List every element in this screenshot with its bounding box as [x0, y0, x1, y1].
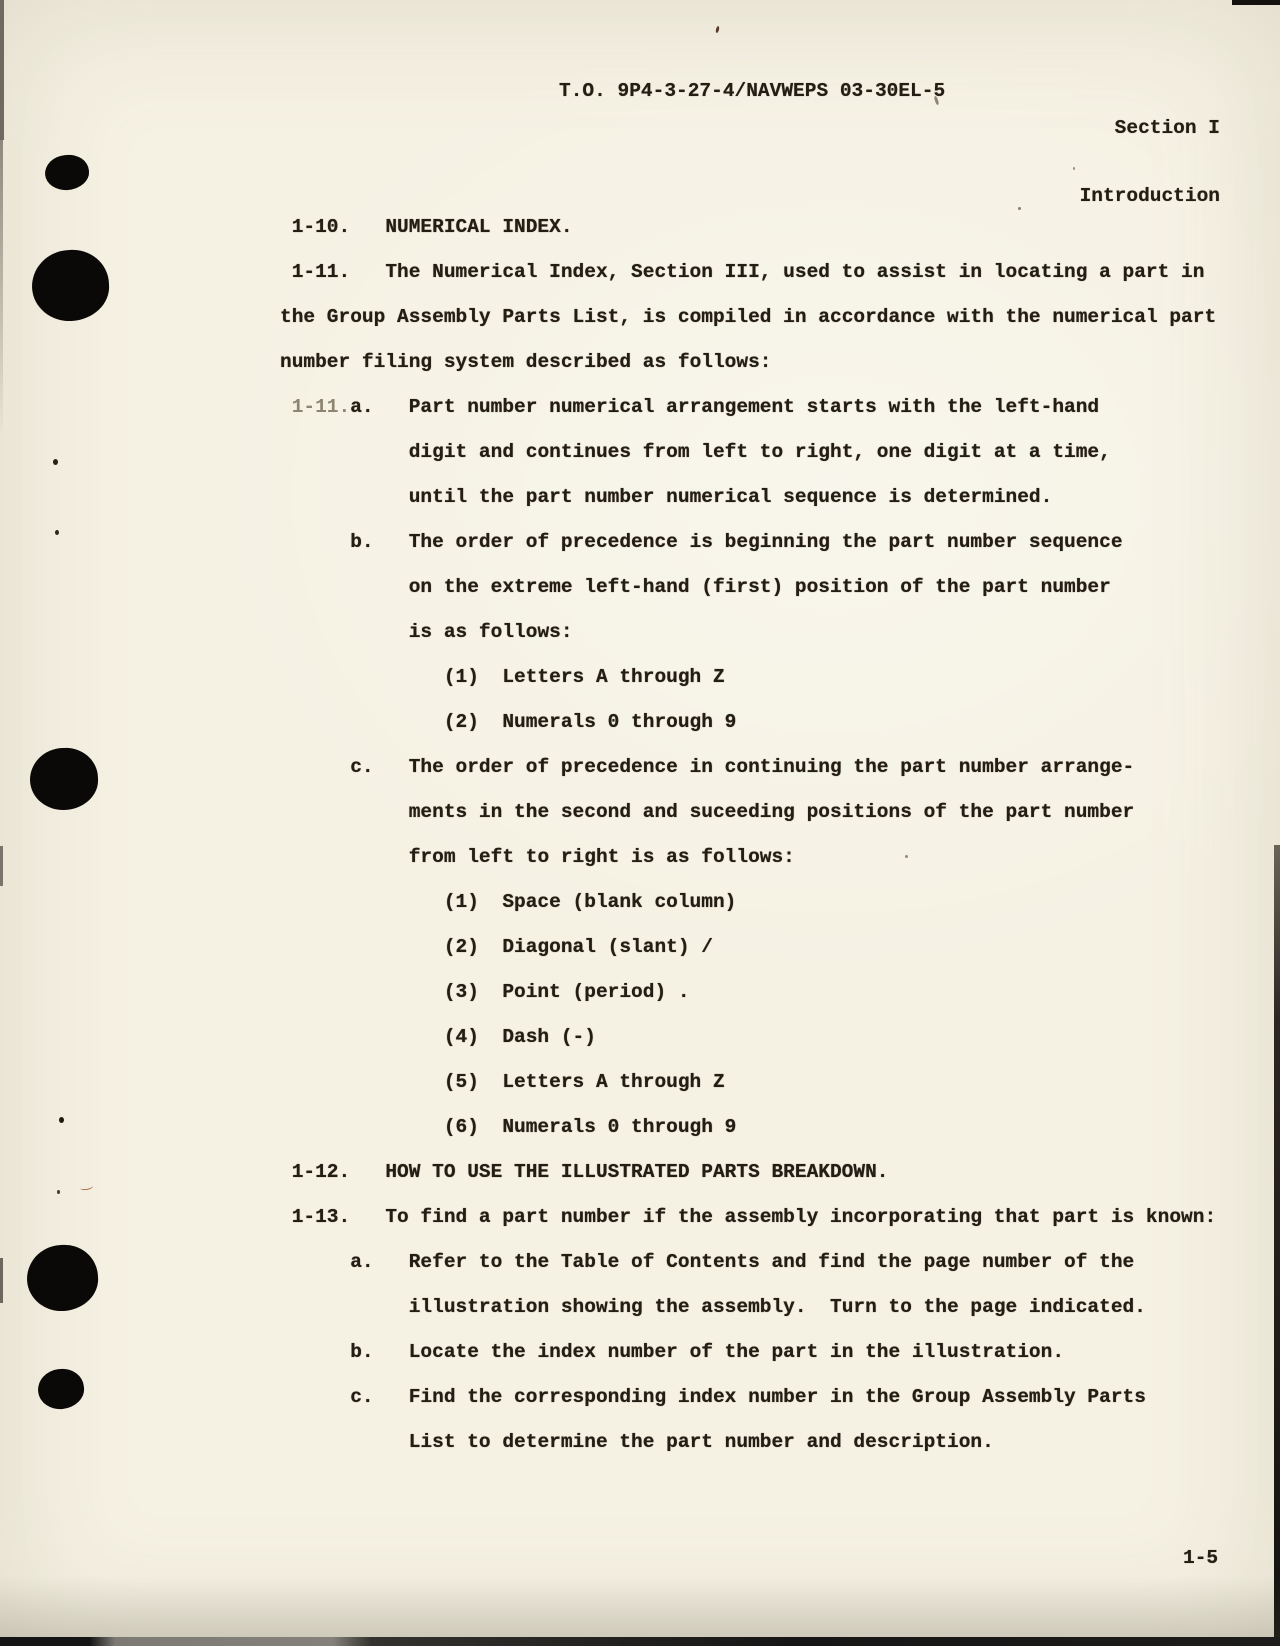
subitem-line: c. The order of precedence in continuing…: [280, 745, 1260, 790]
subitem-line: 1-11. a. Part number numerical arrangeme…: [280, 385, 1260, 430]
scan-edge-left-fade: [0, 140, 3, 440]
sublist-text: Dash (-): [502, 1015, 596, 1060]
subitem-text: Find the corresponding index number in t…: [409, 1375, 1146, 1420]
paragraph-line: the Group Assembly Parts List, is compil…: [280, 295, 1260, 340]
sublist-line: (6) Numerals 0 through 9: [280, 1105, 1260, 1150]
scan-bottom-shadow: [0, 1576, 1280, 1638]
sublist-text: Numerals 0 through 9: [502, 700, 736, 745]
punch-hole-mark: [44, 153, 91, 192]
subitem-text: from left to right is as follows:: [409, 835, 795, 880]
sublist-line: (2) Diagonal (slant) /: [280, 925, 1260, 970]
sublist-marker: (5): [444, 1060, 479, 1105]
header-tech-order: T.O. 9P4-3-27-4/NAVWEPS 03-30EL-5: [559, 80, 945, 102]
ink-speck: [53, 459, 58, 465]
paragraph-line: 1-11. The Numerical Index, Section III, …: [280, 250, 1260, 295]
sublist-text: Point (period) .: [502, 970, 689, 1015]
subitem-letter: a.: [350, 385, 373, 430]
paragraph-text: number filing system described as follow…: [280, 340, 771, 385]
subitem-text: Locate the index number of the part in t…: [409, 1330, 1064, 1375]
sublist-line: (3) Point (period) .: [280, 970, 1260, 1015]
sublist-text: Diagonal (slant) /: [502, 925, 713, 970]
paragraph-number: 1-13.: [292, 1195, 351, 1240]
paragraph-number: 1-10.: [292, 205, 351, 250]
ghost-paragraph-prefix: 1-11.: [292, 385, 351, 430]
sublist-text: Numerals 0 through 9: [502, 1105, 736, 1150]
scan-edge-left-nick: [0, 1258, 3, 1303]
subitem-line: b. Locate the index number of the part i…: [280, 1330, 1260, 1375]
subitem-text: Part number numerical arrangement starts…: [409, 385, 1099, 430]
punch-hole-mark: [30, 248, 111, 323]
sublist-marker: (2): [444, 925, 479, 970]
subitem-line: b. The order of precedence is beginning …: [280, 520, 1260, 565]
sublist-line: (4) Dash (-): [280, 1015, 1260, 1060]
sublist-text: Letters A through Z: [502, 1060, 724, 1105]
subitem-line: c. Find the corresponding index number i…: [280, 1375, 1260, 1420]
paragraph-number: 1-12.: [292, 1150, 351, 1195]
sublist-line: (1) Space (blank column): [280, 880, 1260, 925]
ink-speck: [57, 1190, 60, 1194]
subitem-line: digit and continues from left to right, …: [280, 430, 1260, 475]
subitem-line: List to determine the part number and de…: [280, 1420, 1260, 1465]
scan-bottom-bar: [0, 1637, 1280, 1646]
subitem-text: digit and continues from left to right, …: [409, 430, 1111, 475]
subitem-text: The order of precedence is beginning the…: [409, 520, 1123, 565]
sublist-marker: (1): [444, 880, 479, 925]
document-body: 1-10. NUMERICAL INDEX. 1-11. The Numeric…: [280, 205, 1260, 1465]
subitem-line: from left to right is as follows:: [280, 835, 1260, 880]
subitem-letter: a.: [350, 1240, 373, 1285]
scan-edge-left-nick: [0, 846, 3, 886]
header-section: Section I: [1060, 117, 1220, 140]
subitem-letter: c.: [350, 745, 373, 790]
header-section-subtitle: Introduction: [1060, 185, 1220, 208]
ink-speck: [715, 26, 720, 34]
page-number: 1-5: [1183, 1547, 1218, 1569]
scan-edge-top-right: [1232, 0, 1280, 5]
heading-line-1-12: 1-12. HOW TO USE THE ILLUSTRATED PARTS B…: [280, 1150, 1260, 1195]
subitem-line: ments in the second and suceeding positi…: [280, 790, 1260, 835]
subitem-text: Refer to the Table of Contents and find …: [409, 1240, 1135, 1285]
paragraph-text: the Group Assembly Parts List, is compil…: [280, 295, 1216, 340]
paragraph-text: To find a part number if the assembly in…: [385, 1195, 1216, 1240]
sublist-text: Space (blank column): [502, 880, 736, 925]
subitem-text: is as follows:: [409, 610, 573, 655]
sublist-text: Letters A through Z: [502, 655, 724, 700]
scan-edge-right: [1274, 845, 1280, 1646]
ink-speck: [55, 530, 59, 535]
subitem-text: ments in the second and suceeding positi…: [409, 790, 1135, 835]
subitem-line: is as follows:: [280, 610, 1260, 655]
subitem-line: on the extreme left-hand (first) positio…: [280, 565, 1260, 610]
subitem-text: illustration showing the assembly. Turn …: [409, 1285, 1146, 1330]
subitem-letter: b.: [350, 1330, 373, 1375]
subitem-text: The order of precedence in continuing th…: [409, 745, 1135, 790]
paragraph-number: 1-11.: [292, 250, 351, 295]
heading-text: HOW TO USE THE ILLUSTRATED PARTS BREAKDO…: [385, 1150, 888, 1195]
sublist-line: (1) Letters A through Z: [280, 655, 1260, 700]
sublist-marker: (1): [444, 655, 479, 700]
subitem-line: illustration showing the assembly. Turn …: [280, 1285, 1260, 1330]
sublist-line: (5) Letters A through Z: [280, 1060, 1260, 1105]
sublist-marker: (6): [444, 1105, 479, 1150]
heading-line-1-10: 1-10. NUMERICAL INDEX.: [280, 205, 1260, 250]
scan-edge-left: [0, 0, 4, 140]
sublist-marker: (4): [444, 1015, 479, 1060]
punch-hole-mark: [29, 747, 99, 811]
punch-hole-mark: [36, 1367, 86, 1412]
paragraph-text: The Numerical Index, Section III, used t…: [385, 250, 1204, 295]
sublist-marker: (3): [444, 970, 479, 1015]
ink-speck: [59, 1117, 64, 1123]
subitem-letter: c.: [350, 1375, 373, 1420]
scanned-document-page: T.O. 9P4-3-27-4/NAVWEPS 03-30EL-5 Sectio…: [0, 0, 1280, 1646]
subitem-text: until the part number numerical sequence…: [409, 475, 1053, 520]
subitem-line: until the part number numerical sequence…: [280, 475, 1260, 520]
sublist-line: (2) Numerals 0 through 9: [280, 700, 1260, 745]
punch-hole-mark: [25, 1243, 100, 1314]
subitem-text: List to determine the part number and de…: [409, 1420, 994, 1465]
heading-text: NUMERICAL INDEX.: [385, 205, 572, 250]
sublist-marker: (2): [444, 700, 479, 745]
subitem-line: a. Refer to the Table of Contents and fi…: [280, 1240, 1260, 1285]
subitem-text: on the extreme left-hand (first) positio…: [409, 565, 1111, 610]
pen-scratch-mark: [80, 1183, 94, 1191]
paragraph-line: number filing system described as follow…: [280, 340, 1260, 385]
paragraph-line: 1-13. To find a part number if the assem…: [280, 1195, 1260, 1240]
subitem-letter: b.: [350, 520, 373, 565]
